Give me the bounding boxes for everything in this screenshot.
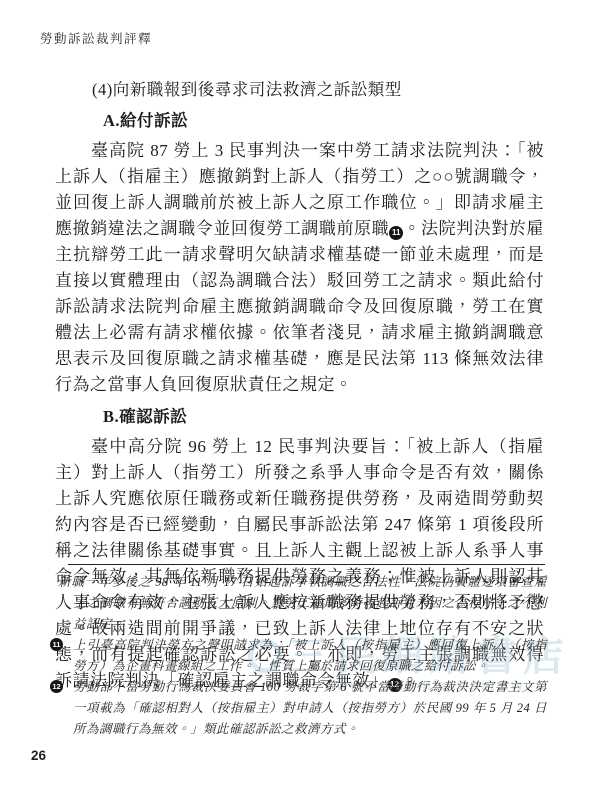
running-header: 勞動訴訟裁判評釋 [40,29,152,47]
section-heading: (4)向新職報到後尋求司法救濟之訴訟類型 [92,78,544,102]
footnote-12: 12 勞動部不當勞動行為裁決委員會 100 勞裁字第 6 號不當勞動行為裁決決定… [55,677,547,740]
footnote-11-text: 上引臺高院判決勞方之聲明請求為：「被上訴人（按指雇主）應回復上訴人（按指勞方）為… [73,638,547,673]
footnote-continuation: 新職一年多後之 98 年 11 月 17 日始起訴爭執調職之合法性，法院仍實體逐… [58,572,547,635]
paragraph-a-text-continued: 。法院判決對於雇主抗辯勞工此一請求聲明欠缺請求權基礎一節並未處理，而是直接以實體… [55,219,544,394]
footnote-11-marker-icon: 11 [50,638,63,651]
footnote-area: 新職一年多後之 98 年 11 月 17 日始起訴爭執調職之合法性，法院仍實體逐… [55,564,547,740]
page-number: 26 [31,748,46,763]
footnote-separator [68,564,545,565]
footnote-12-marker-icon: 12 [50,680,63,693]
footnote-12-text: 勞動部不當勞動行為裁決委員會 100 勞裁字第 6 號不當勞動行為裁決決定書主文… [73,680,547,736]
subsection-a-heading: A.給付訴訟 [103,109,544,133]
subsection-b-heading: B.確認訴訟 [103,405,544,429]
footnote-11: 11 上引臺高院判決勞方之聲明請求為：「被上訴人（按指雇主）應回復上訴人（按指勞… [55,635,547,677]
book-page: 勞動訴訟裁判評釋 (4)向新職報到後尋求司法救濟之訴訟類型 A.給付訴訟 臺高院… [0,0,593,800]
footnote-ref-11-icon: 11 [389,226,403,240]
paragraph-a: 臺高院 87 勞上 3 民事判決一案中勞工請求法院判決：「被上訴人（指雇主）應撤… [55,138,544,398]
